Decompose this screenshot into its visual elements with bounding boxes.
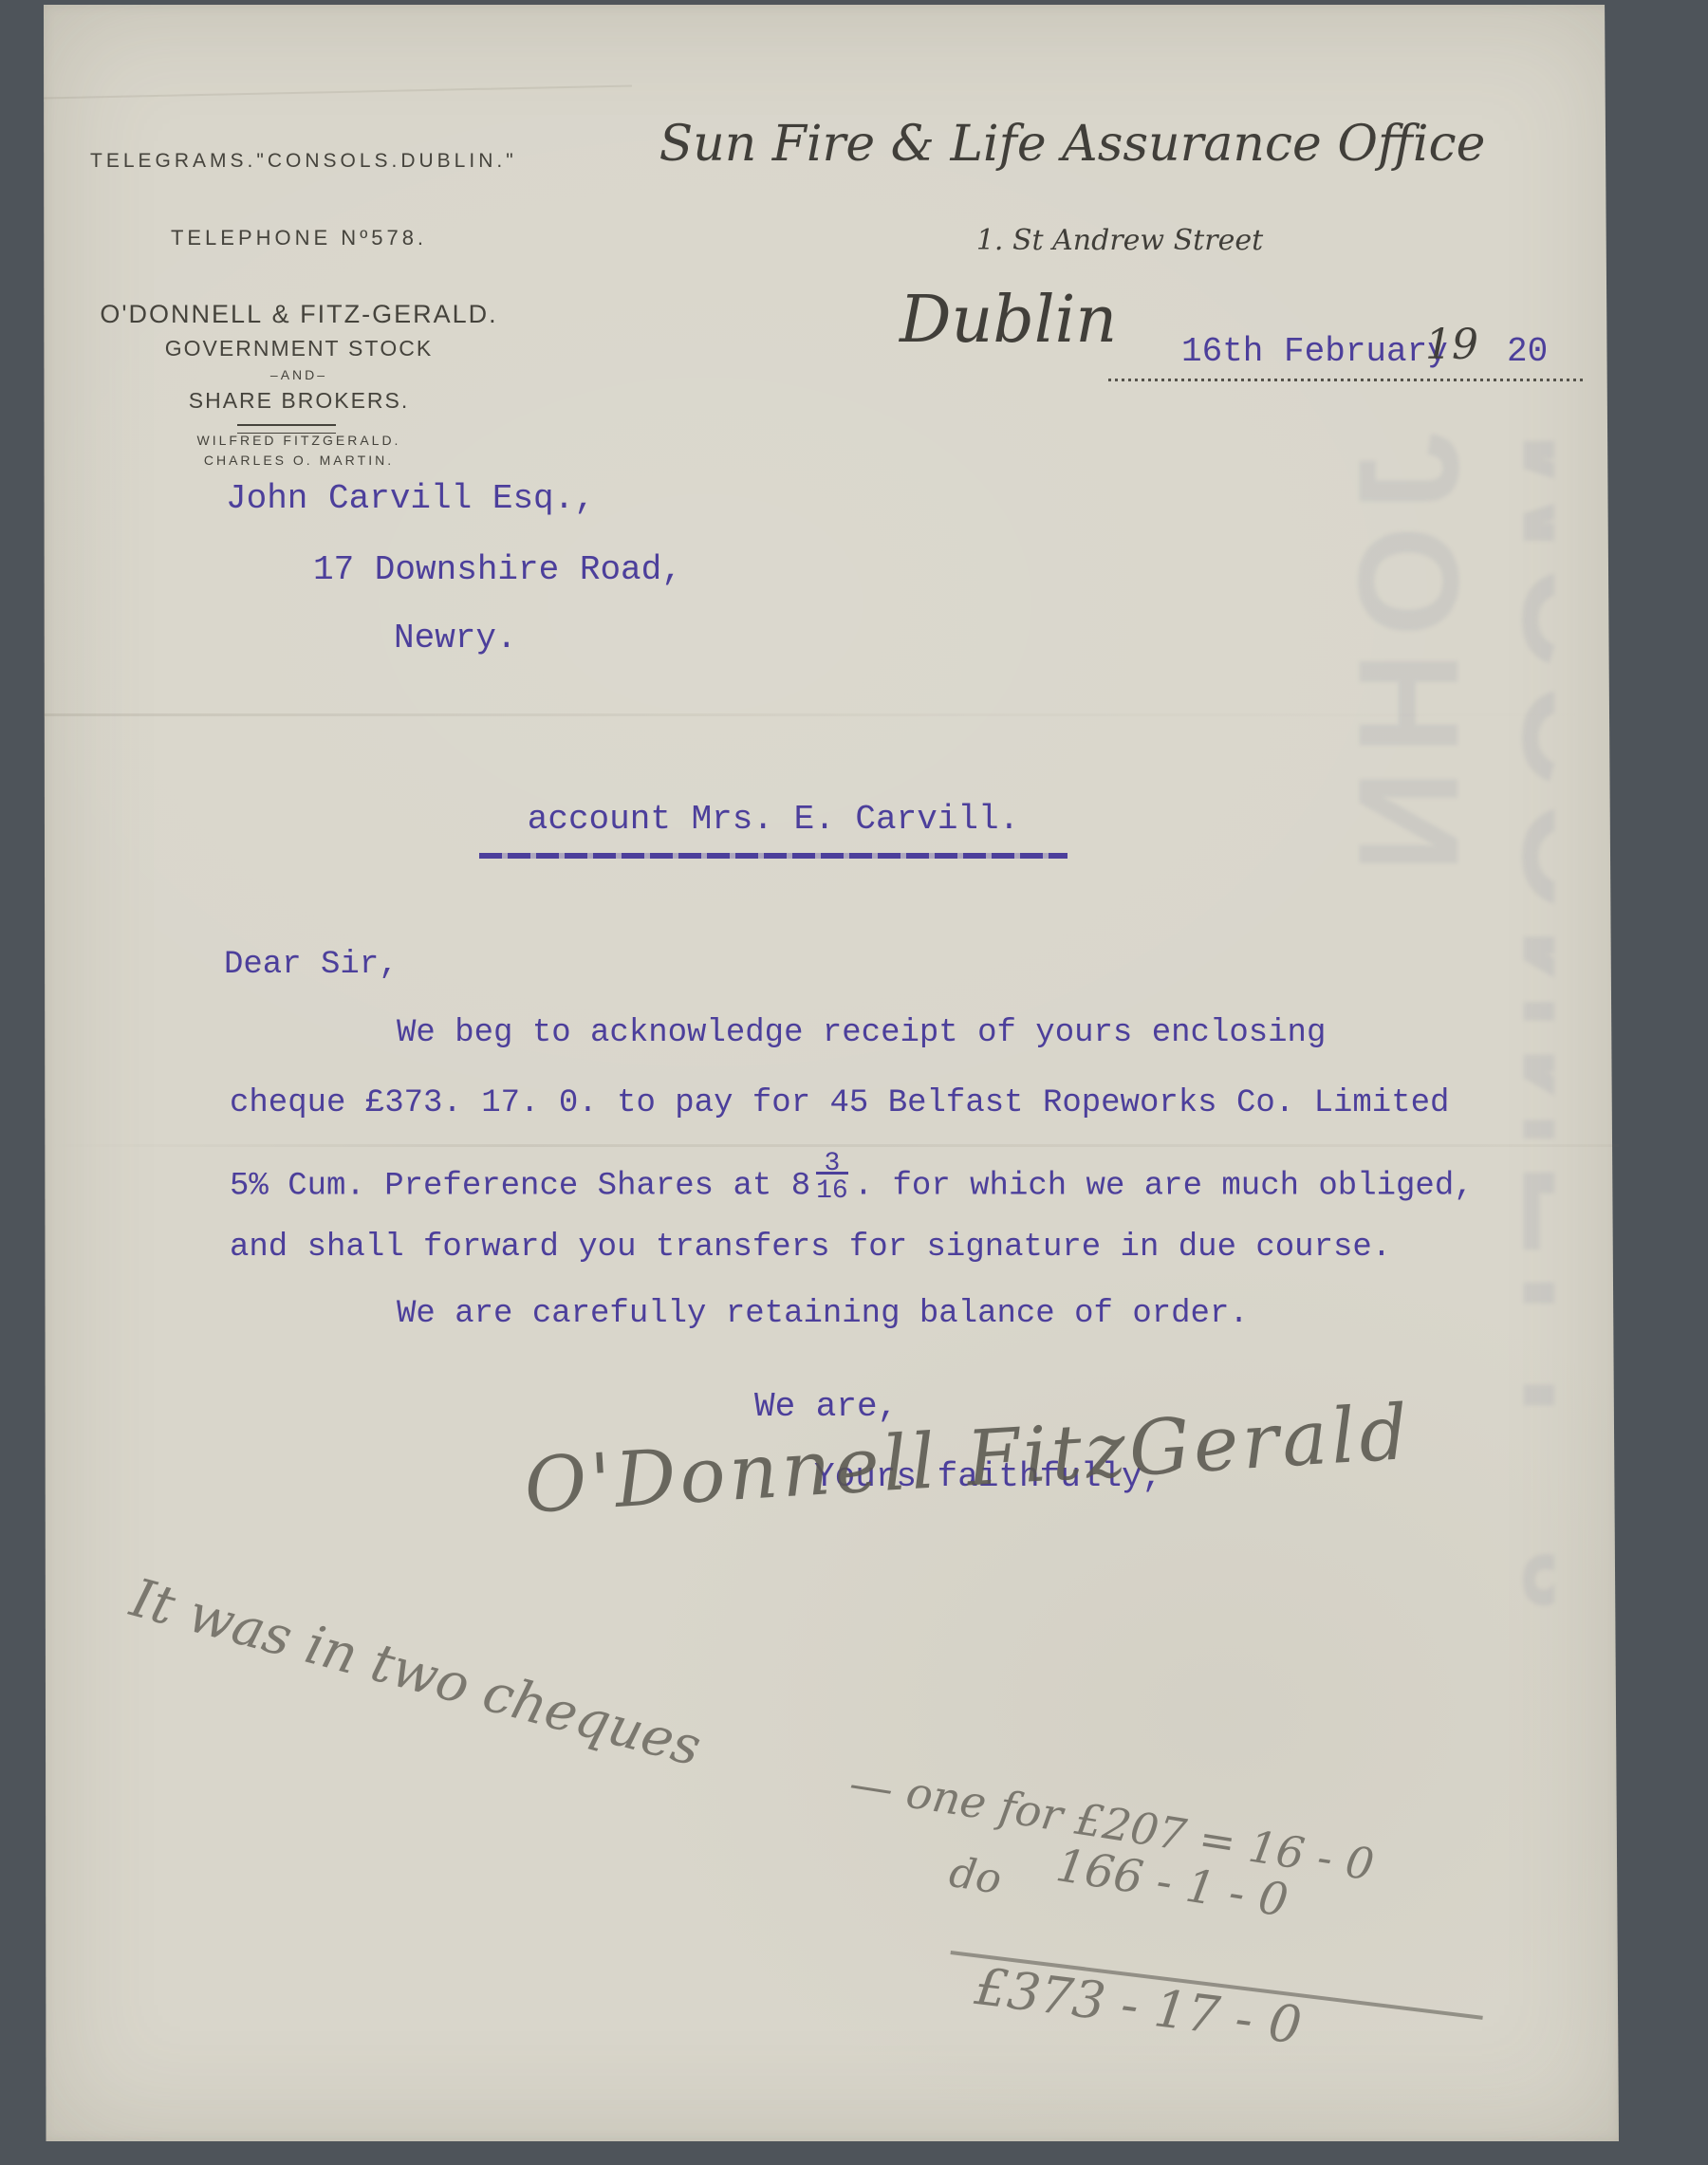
recipient-town: Newry. — [394, 619, 517, 657]
body-line-text: . for which we are much obliged, — [854, 1168, 1474, 1204]
pencil-note-ditto: do — [946, 1848, 1005, 1904]
letterhead-telegrams: TELEGRAMS."CONSOLS.DUBLIN." — [90, 150, 508, 173]
body-line: 5% Cum. Preference Shares at 8316. for w… — [230, 1157, 1474, 1213]
letterhead-partner: WILFRED FITZGERALD. — [90, 433, 508, 448]
salutation: Dear Sir, — [224, 947, 399, 983]
recipient-name: John Carvill Esq., — [226, 479, 595, 518]
office-street: 1. St Andrew Street — [854, 224, 1385, 257]
letterhead-business-line: SHARE BROKERS. — [90, 388, 508, 414]
recipient-street: 17 Downshire Road, — [313, 550, 682, 589]
letterhead-business-line: –AND– — [90, 367, 508, 382]
typed-year: 20 — [1507, 332, 1548, 371]
letterhead-business-line: GOVERNMENT STOCK — [90, 336, 508, 361]
typed-date: 16th February — [1181, 332, 1448, 371]
letterhead-telephone: TELEPHONE Nº578. — [90, 226, 508, 250]
subject-line: account Mrs. E. Carvill. — [470, 800, 1077, 839]
date-dotted-rule — [1108, 379, 1587, 381]
body-line: and shall forward you transfers for sign… — [230, 1230, 1391, 1266]
office-city: Dublin — [900, 283, 1117, 358]
price-fraction: 316 — [816, 1150, 848, 1206]
body-line: We are carefully retaining balance of or… — [397, 1296, 1249, 1332]
body-line-text: 5% Cum. Preference Shares at 8 — [230, 1168, 810, 1204]
scanned-letter: JOHN MCCONNELL & CO LTD TELEGRAMS."CONSO… — [0, 0, 1708, 2165]
fraction-denominator: 16 — [816, 1172, 848, 1206]
letterhead-firm-name: O'DONNELL & FITZ-GERALD. — [90, 300, 508, 329]
subject-underline — [479, 853, 1067, 859]
body-line: We beg to acknowledge receipt of yours e… — [397, 1015, 1326, 1051]
office-name: Sun Fire & Life Assurance Office — [607, 116, 1537, 173]
letterhead-partner: CHARLES O. MARTIN. — [90, 453, 508, 468]
printed-year-prefix: 19 — [1425, 321, 1478, 369]
body-line: cheque £373. 17. 0. to pay for 45 Belfas… — [230, 1085, 1449, 1121]
